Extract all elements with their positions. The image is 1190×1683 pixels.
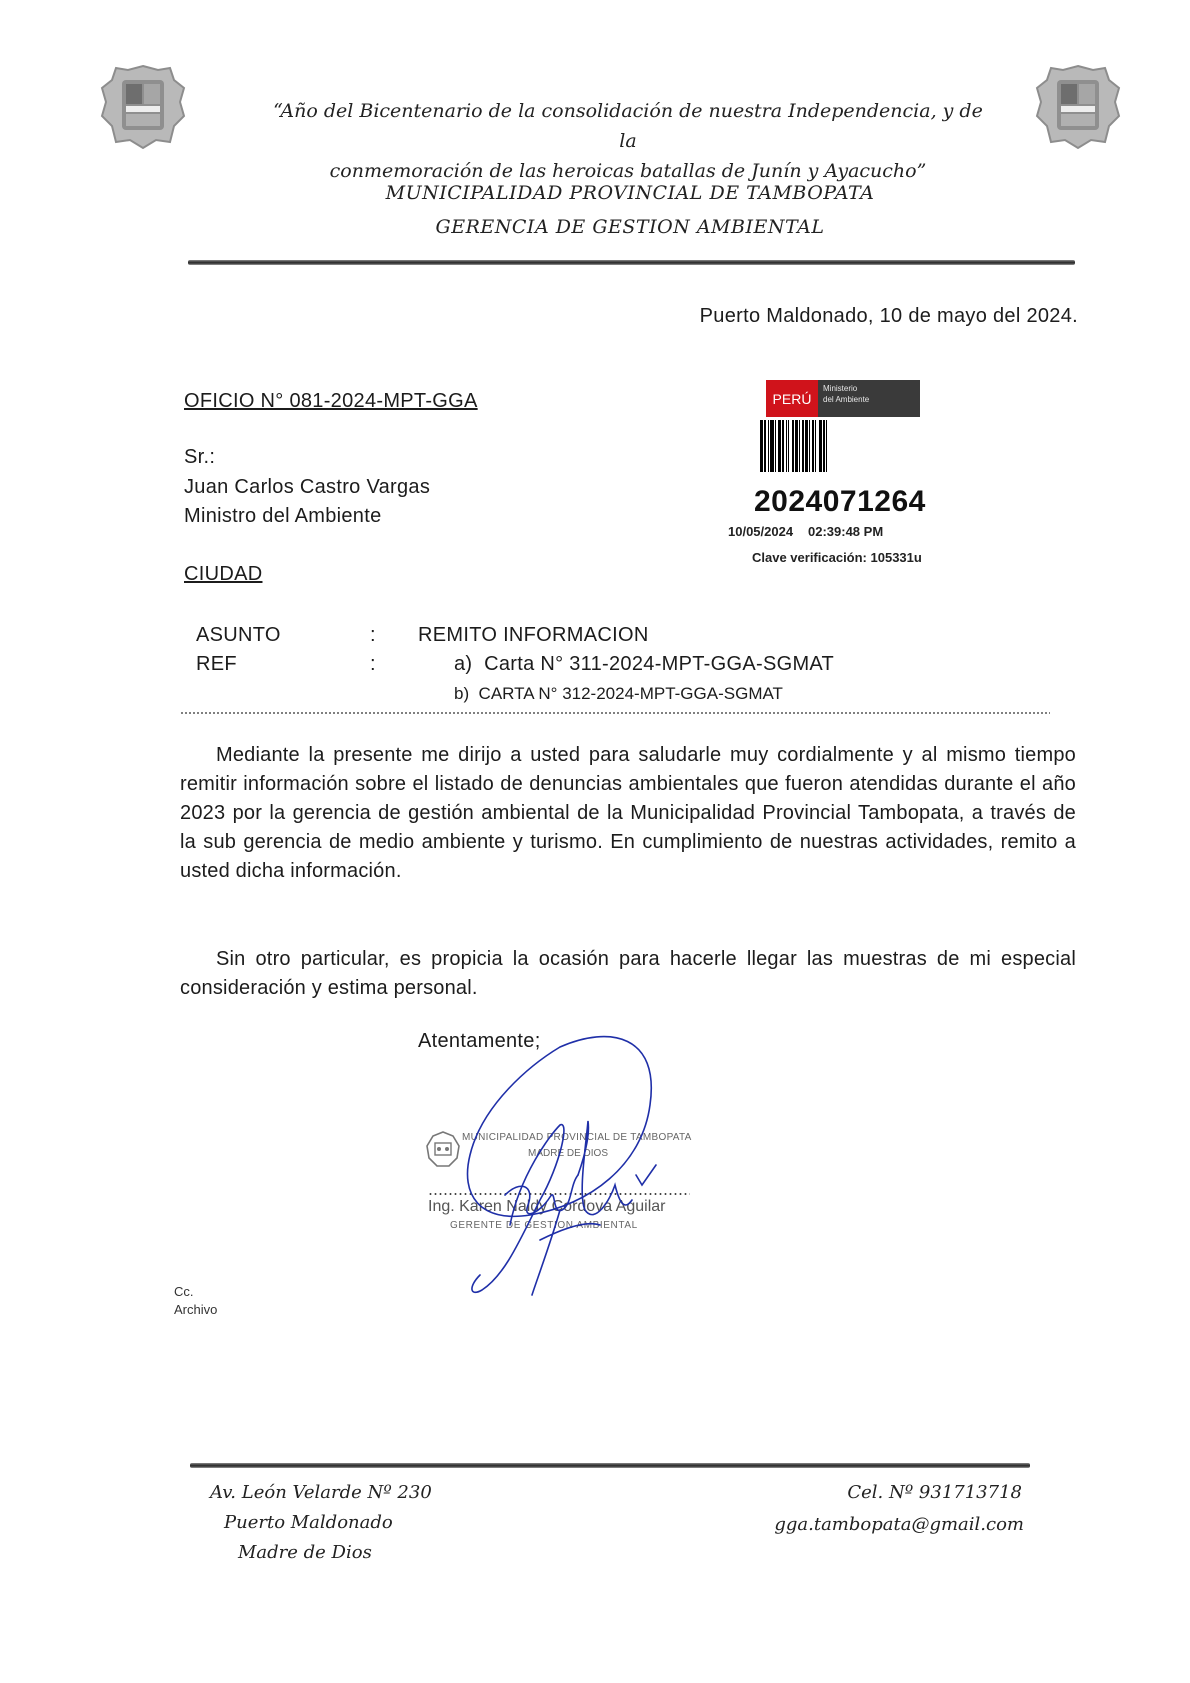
ministry-banner: PERÚ Ministerio del Ambiente xyxy=(766,380,920,417)
header-divider xyxy=(188,260,1075,265)
municipal-seal-icon xyxy=(425,1130,461,1168)
stamp-time: 02:39:48 PM xyxy=(808,524,883,539)
signer-role: GERENTE DE GESTION AMBIENTAL xyxy=(450,1220,638,1231)
subject-colon: : xyxy=(370,624,376,647)
cc-item: Archivo xyxy=(174,1301,217,1319)
footer-divider xyxy=(190,1463,1030,1468)
verification-key: Clave verificación: 105331u xyxy=(752,550,922,565)
signer-name: Ing. Karen Naldy Cordova Aguilar xyxy=(428,1198,665,1216)
body-paragraph-2: Sin otro particular, es propicia la ocas… xyxy=(180,945,1076,1003)
coat-of-arms-logo-left xyxy=(100,62,186,150)
registry-number: 2024071264 xyxy=(754,485,954,519)
reference-item-b: b) CARTA N° 312-2024-MPT-GGA-SGMAT xyxy=(454,684,783,704)
coat-of-arms-logo-right xyxy=(1035,62,1121,150)
reference-item-a: a) Carta N° 311-2024-MPT-GGA-SGMAT xyxy=(454,653,834,676)
barcode-icon xyxy=(760,420,945,472)
recipient-title: Ministro del Ambiente xyxy=(184,505,382,528)
seal-region: MADRE DE DIOS xyxy=(528,1148,608,1159)
department-name: GERENCIA DE GESTION AMBIENTAL xyxy=(300,216,960,238)
year-motto: “Año del Bicentenario de la consolidació… xyxy=(268,96,988,186)
recipient-city: CIUDAD xyxy=(184,563,262,586)
institution-name: MUNICIPALIDAD PROVINCIAL DE TAMBOPATA xyxy=(300,182,960,204)
motto-line-1: “Año del Bicentenario de la consolidació… xyxy=(268,96,988,156)
stamp-date: 10/05/2024 xyxy=(728,524,793,539)
footer-address-region: Madre de Dios xyxy=(238,1542,372,1563)
subject-value: REMITO INFORMACION xyxy=(418,624,649,647)
footer-address-street: Av. León Velarde Nº 230 xyxy=(210,1482,432,1503)
dotted-separator xyxy=(180,712,1050,714)
ministry-label: Ministerio del Ambiente xyxy=(818,380,920,417)
reference-label: REF xyxy=(196,653,237,676)
recipient-name: Juan Carlos Castro Vargas xyxy=(184,476,430,499)
cc-label: Cc. xyxy=(174,1283,217,1301)
seal-institution: MUNICIPALIDAD PROVINCIAL DE TAMBOPATA xyxy=(462,1132,692,1143)
salutation: Sr.: xyxy=(184,446,215,469)
subject-label: ASUNTO xyxy=(196,624,281,647)
footer-phone: Cel. Nº 931713718 xyxy=(847,1482,1022,1503)
footer-email[interactable]: gga.tambopata@gmail.com xyxy=(774,1514,1024,1535)
carbon-copy: Cc. Archivo xyxy=(174,1283,217,1319)
body-paragraph-1: Mediante la presente me dirijo a usted p… xyxy=(180,741,1076,886)
document-reference-number: OFICIO N° 081-2024-MPT-GGA xyxy=(184,390,478,413)
signature-line xyxy=(428,1193,690,1195)
reception-stamp: PERÚ Ministerio del Ambiente 2024071264 … xyxy=(760,380,1020,580)
peru-label: PERÚ xyxy=(766,380,818,417)
closing: Atentamente; xyxy=(418,1030,541,1053)
place-and-date: Puerto Maldonado, 10 de mayo del 2024. xyxy=(700,305,1078,328)
reference-colon: : xyxy=(370,653,376,676)
footer-address-city: Puerto Maldonado xyxy=(224,1512,393,1533)
